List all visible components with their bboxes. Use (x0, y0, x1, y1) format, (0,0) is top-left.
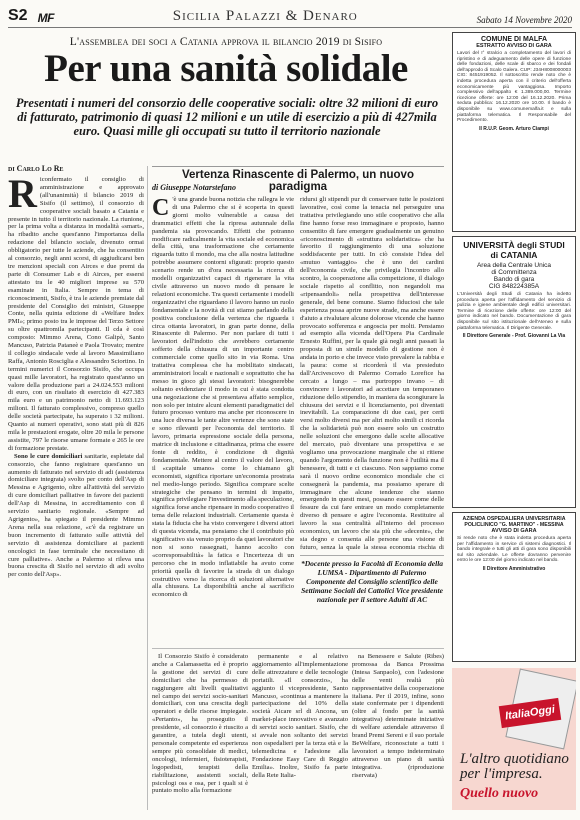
section-title: Sicilia Palazzi & Denaro (54, 8, 477, 25)
ad-cig: CIG 848224385A (453, 283, 575, 290)
main-article-column-3: permanente e al relativo aggiornamento a… (252, 653, 348, 810)
masthead: S2 MF Sicilia Palazzi & Denaro Sabato 14… (8, 8, 572, 28)
paragraph: iconfermato il consiglio di amministrazi… (8, 176, 144, 452)
ad-body: Si rende noto che è stata indetta proced… (453, 534, 575, 566)
secondary-article-column-2: ridursi gli stipendi pur di conservare t… (300, 196, 444, 552)
ad-title: di CATANIA (453, 250, 575, 260)
ad-line: di Committenza (453, 269, 575, 276)
column-divider (147, 166, 148, 810)
ad-asp-messina: AZIENDA OSPEDALIERA UNIVERSITARIA POLICL… (452, 512, 576, 662)
ad-title: COMUNE DI MALFA (453, 36, 575, 43)
dropcap: R (8, 178, 37, 210)
ad-universita-catania: UNIVERSITÀ degli STUDI di CATANIA Area d… (452, 236, 576, 508)
paragraph: sanitarie, espletate dal consorzio, che … (8, 453, 144, 579)
ad-signature: Il Direttore Generale - Prof. Giovanni L… (453, 333, 575, 339)
paragraph: ridursi gli stipendi pur di conservare t… (300, 196, 444, 552)
ad-signature: Il Direttore Amministrativo (453, 566, 575, 572)
ad-line: Area della Centrale Unica (453, 262, 575, 269)
paragraph: Il Consorzio Sisifo è considerato anche … (152, 653, 248, 795)
page-title: Per una sanità solidale (8, 48, 444, 90)
paragraph: na Benessere e Salute (Ribes) promossa d… (352, 653, 444, 780)
ad-title: UNIVERSITÀ degli STUDI (453, 240, 575, 250)
secondary-article-byline: di Giuseppe Notarstefano (152, 183, 236, 192)
author-note: *Docente presso la Facoltà di Economia d… (300, 555, 444, 604)
page-number: S2 (8, 7, 28, 25)
promo-tagline: L'altro quotidiano per l'impresa. (460, 752, 570, 782)
subhead: Sono le cure domiciliari (14, 453, 82, 460)
ad-comune-malfa: COMUNE DI MALFA ESTRATTO AVVISO DI GARA … (452, 32, 576, 232)
main-article-column-4: na Benessere e Salute (Ribes) promossa d… (352, 653, 444, 810)
secondary-article-column-1: C'è una grande buona notizia che rallegr… (152, 196, 294, 644)
ad-signature: Il R.U.P. Geom. Arturo Ciampi (453, 126, 575, 132)
paragraph: 'è una grande buona notizia che rallegra… (152, 196, 294, 598)
promo-tagline-2: Quello nuovo (460, 786, 538, 802)
article-byline: di Carlo Lo Re (8, 164, 64, 173)
paragraph: permanente e al relativo aggiornamento a… (252, 653, 348, 780)
article-deck: Presentati i numeri del consorzio delle … (14, 96, 440, 138)
italiaoggi-promo[interactable]: ItaliaOggi L'altro quotidiano per l'impr… (452, 668, 576, 810)
ad-body: L'Università degli Studi di Catania ha i… (453, 290, 575, 333)
brand-logo: MF (38, 11, 54, 25)
section-divider (152, 648, 444, 649)
main-article-column-2: Il Consorzio Sisifo è considerato anche … (152, 653, 248, 810)
issue-date: Sabato 14 Novembre 2020 (477, 15, 572, 25)
ad-line: Bando di gara (453, 276, 575, 283)
ad-body: Lavori del I° stralcio a completamento d… (453, 49, 575, 126)
ad-title: AZIENDA OSPEDALIERA UNIVERSITARIA POLICL… (453, 516, 575, 528)
main-article-column-1: Riconfermato il consiglio di amministraz… (8, 176, 144, 810)
dropcap: C (152, 198, 169, 218)
